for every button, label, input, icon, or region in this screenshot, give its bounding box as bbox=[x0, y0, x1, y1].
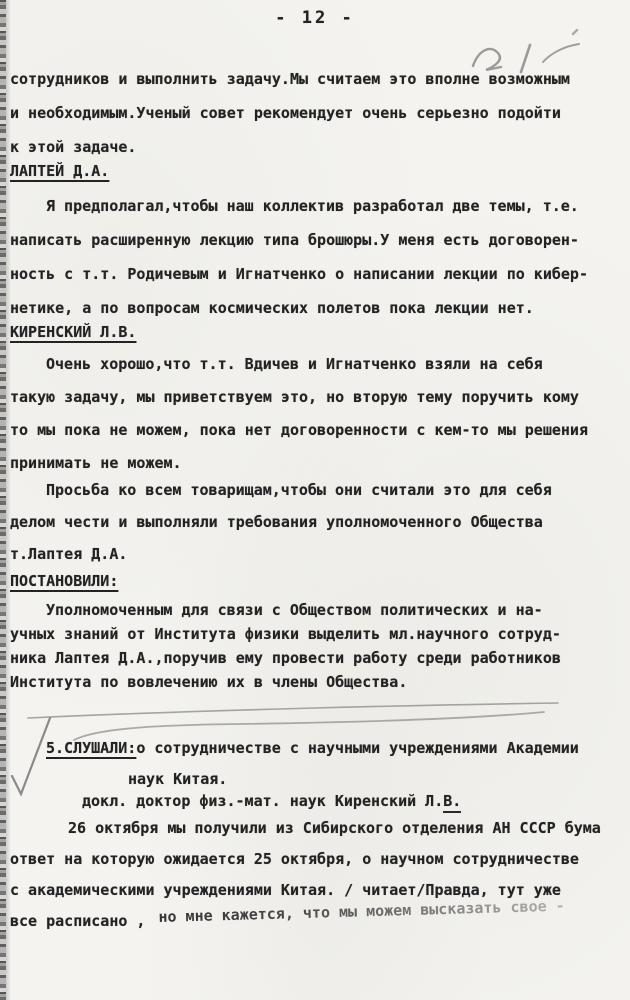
text-line: Уполномоченным для связи с Обществом пол… bbox=[10, 598, 622, 622]
agenda-item-5-label: 5.СЛУШАЛИ: bbox=[46, 739, 136, 757]
paragraph-china-report: 26 октября мы получили из Сибирского отд… bbox=[10, 813, 622, 937]
text-segment: все расписано , bbox=[10, 912, 145, 930]
text-line: 26 октября мы получили из Сибирского отд… bbox=[10, 813, 622, 844]
speaker-name-underlined: В. bbox=[443, 792, 461, 813]
agenda-item-5-subject: о сотрудничестве с научными учреждениями… bbox=[136, 739, 579, 757]
paragraph-laptei: Я предполагал,чтобы наш коллектив разраб… bbox=[10, 189, 622, 325]
text-line: ответ на которую ожидается 25 октября, о… bbox=[10, 844, 622, 875]
agenda-item-5-speaker: докл. доктор физ.-мат. наук Киренский Л.… bbox=[82, 791, 461, 811]
checkmark-icon bbox=[8, 712, 56, 804]
document-page: - 12 - сотрудников и выполнить задачу.Мы… bbox=[0, 0, 630, 1000]
text-line: и необходимым.Ученый совет рекомендует о… bbox=[10, 96, 622, 130]
text-line: т.Лаптея Д.А. bbox=[10, 538, 622, 570]
resolution-heading: ПОСТАНОВИЛИ: bbox=[10, 571, 118, 591]
paragraph-resolution: Уполномоченным для связи с Обществом пол… bbox=[10, 598, 622, 694]
paragraph-intro: сотрудников и выполнить задачу.Мы считае… bbox=[10, 62, 622, 164]
paragraph-kirensky-2: Просьба ко всем товарищам,чтобы они счит… bbox=[10, 474, 622, 570]
text-line: к этой задаче. bbox=[10, 130, 622, 164]
paragraph-kirensky-1: Очень хорошо,что т.т. Вдичев и Игнатченк… bbox=[10, 348, 622, 480]
text-line: написать расширенную лекцию типа брошюры… bbox=[10, 223, 622, 257]
text-line: ника Лаптея Д.А.,поручив ему провести ра… bbox=[10, 646, 622, 670]
text-line: Просьба ко всем товарищам,чтобы они счит… bbox=[10, 474, 622, 506]
text-line: Я предполагал,чтобы наш коллектив разраб… bbox=[10, 189, 622, 223]
speaker-name-text: докл. доктор физ.-мат. наук Киренский Л. bbox=[82, 792, 443, 810]
agenda-item-5-subject-cont: наук Китая. bbox=[128, 769, 227, 789]
text-line: Очень хорошо,что т.т. Вдичев и Игнатченк… bbox=[10, 348, 622, 381]
speaker-heading-laptei: ЛАПТЕЙ Д.А. bbox=[10, 161, 109, 181]
text-line: Института по вовлечению их в члены Общес… bbox=[10, 670, 622, 694]
text-line: все расписано ,но мне кажется, что мы мо… bbox=[10, 906, 622, 937]
text-line: сотрудников и выполнить задачу.Мы считае… bbox=[10, 62, 622, 96]
speaker-heading-kirensky: КИРЕНСКИЙ Л.В. bbox=[10, 322, 136, 342]
text-line: такую задачу, мы приветствуем это, но вт… bbox=[10, 381, 622, 414]
text-line: ность с т.т. Родичевым и Игнатченко о на… bbox=[10, 257, 622, 291]
text-line: делом чести и выполняли требования уполн… bbox=[10, 506, 622, 538]
agenda-item-5-title: 5.СЛУШАЛИ:о сотрудничестве с научными уч… bbox=[46, 738, 579, 758]
text-line: учных знаний от Института физики выделит… bbox=[10, 622, 622, 646]
text-line: то мы пока не можем, пока нет договоренн… bbox=[10, 414, 622, 447]
text-line: нетике, а по вопросам космических полето… bbox=[10, 291, 622, 325]
